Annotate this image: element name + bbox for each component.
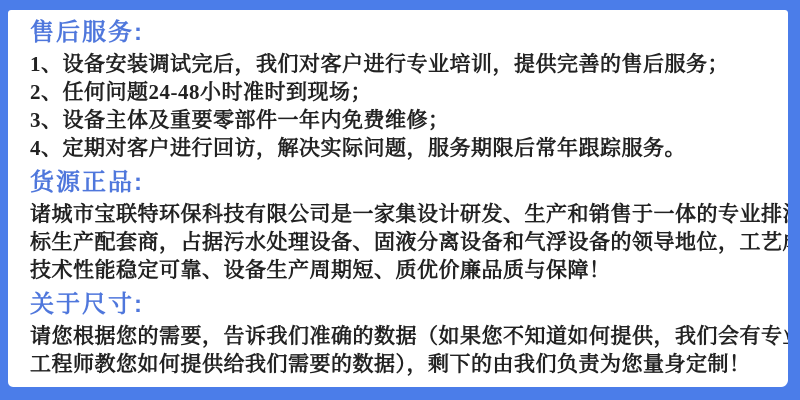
section-title-after-sales-service: 售后服务: xyxy=(30,18,768,48)
section-title-about-size: 关于尺寸: xyxy=(30,290,768,320)
section-after-sales-service: 售后服务: 1、设备安装调试完后，我们对客户进行专业培训，提供完善的售后服务； … xyxy=(30,18,768,162)
blue-frame: 售后服务: 1、设备安装调试完后，我们对客户进行专业培训，提供完善的售后服务； … xyxy=(0,0,800,400)
about-size-line-1: 请您根据您的需要，告诉我们准确的数据（如果您不知道如何提供，我们会有专业的 xyxy=(30,322,768,350)
genuine-source-line-3: 技术性能稳定可靠、设备生产周期短、质优价廉品质与保障！ xyxy=(30,256,768,284)
section-title-genuine-source: 货源正品: xyxy=(30,168,768,198)
genuine-source-line-2: 标生产配套商，占据污水处理设备、固液分离设备和气浮设备的领导地位，工艺成熟、 xyxy=(30,228,768,256)
after-sales-line-1: 1、设备安装调试完后，我们对客户进行专业培训，提供完善的售后服务； xyxy=(30,50,768,78)
after-sales-line-2: 2、任何问题24-48小时准时到现场； xyxy=(30,78,768,106)
after-sales-line-4: 4、定期对客户进行回访，解决实际问题，服务期限后常年跟踪服务。 xyxy=(30,134,768,162)
section-genuine-source: 货源正品: 诸城市宝联特环保科技有限公司是一家集设计研发、生产和销售于一体的专业… xyxy=(30,168,768,284)
description-panel: 售后服务: 1、设备安装调试完后，我们对客户进行专业培训，提供完善的售后服务； … xyxy=(8,10,788,387)
after-sales-line-3: 3、设备主体及重要零部件一年内免费维修； xyxy=(30,106,768,134)
section-about-size: 关于尺寸: 请您根据您的需要，告诉我们准确的数据（如果您不知道如何提供，我们会有… xyxy=(30,290,768,378)
genuine-source-line-1: 诸城市宝联特环保科技有限公司是一家集设计研发、生产和销售于一体的专业排污达 xyxy=(30,200,768,228)
about-size-line-2: 工程师教您如何提供给我们需要的数据），剩下的由我们负责为您量身定制！ xyxy=(30,350,768,378)
